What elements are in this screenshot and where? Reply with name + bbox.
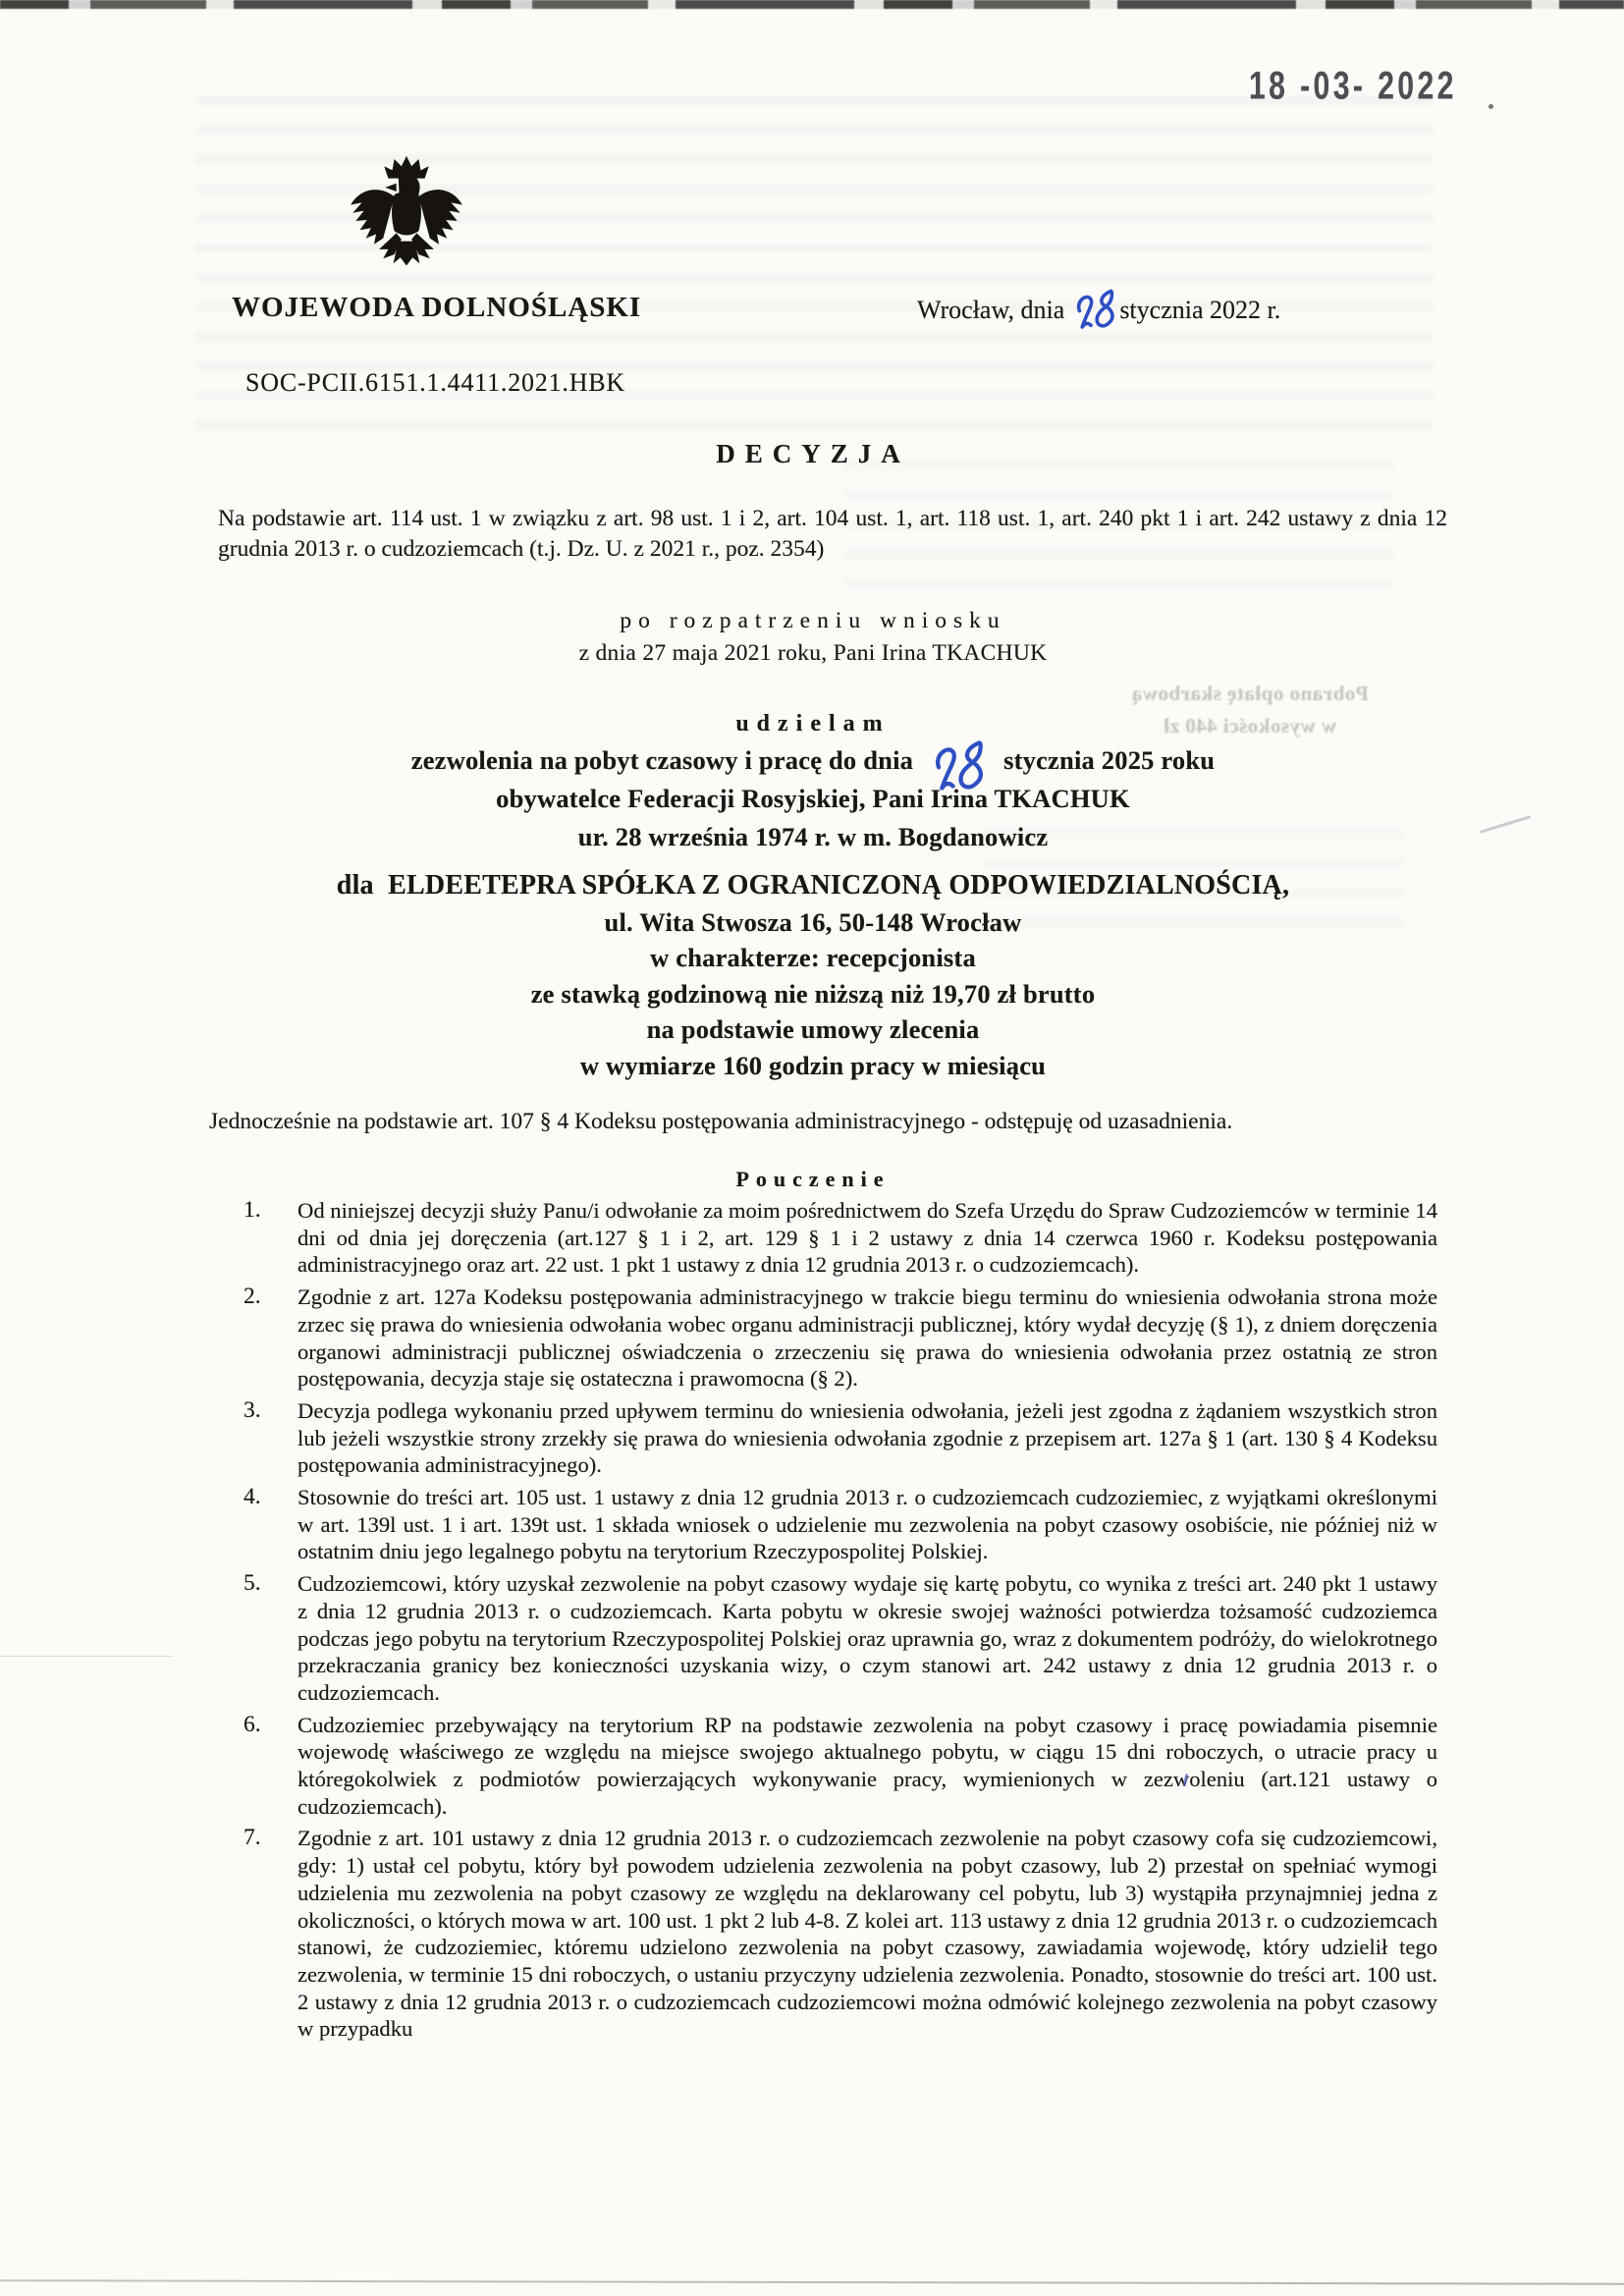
ink-slash-mark [1480, 815, 1532, 834]
instruction-item: 6.Cudzoziemiec przebywający na terytoriu… [242, 1712, 1437, 1821]
instruction-number: 2. [244, 1284, 261, 1311]
review-line: po rozpatrzeniu wniosku [179, 608, 1447, 634]
contract-type-line: na podstawie umowy zlecenia [179, 1011, 1447, 1048]
handwritten-day-icon [919, 734, 997, 800]
instruction-text: Cudzoziemcowi, który uzyskał zezwolenie … [298, 1571, 1437, 1705]
grant-clause: udzielam zezwolenia na pobyt czasowy i p… [179, 711, 1447, 856]
case-reference-number: SOC-PCII.6151.1.4411.2021.HBK [245, 368, 625, 398]
instruction-number: 7. [244, 1825, 261, 1852]
place-date-suffix: stycznia 2022 r. [1119, 296, 1280, 324]
grant-period-line: zezwolenia na pobyt czasowy i pracę do d… [179, 741, 1447, 780]
place-date-prefix: Wrocław, dnia [917, 296, 1064, 324]
ink-speck [1489, 104, 1493, 109]
wage-line: ze stawką godzinową nie niższą niż 19,70… [179, 976, 1447, 1012]
instructions-heading: Pouczenie [179, 1167, 1447, 1192]
place-and-date-line: Wrocław, dnia stycznia 2022 r. [917, 296, 1280, 325]
authority-name: WOJEWODA DOLNOŚLĄSKI [232, 292, 641, 324]
review-clause: po rozpatrzeniu wniosku z dnia 27 maja 2… [179, 608, 1447, 667]
instruction-number: 1. [244, 1197, 261, 1225]
grant-period-suffix: stycznia 2025 roku [1003, 741, 1215, 780]
instruction-text: Od niniejszej decyzji służy Panu/i odwoł… [298, 1198, 1437, 1277]
working-hours-line: w wymiarze 160 godzin pracy w miesiącu [179, 1048, 1447, 1084]
employer-address: ul. Wita Stwosza 16, 50-148 Wrocław [179, 904, 1447, 941]
instruction-item: 3.Decyzja podlega wykonaniu przed upływe… [242, 1397, 1437, 1479]
instruction-number: 4. [244, 1484, 261, 1511]
instruction-item: 1.Od niniejszej decyzji służy Panu/i odw… [242, 1197, 1437, 1279]
document-title: DECYZJA [179, 439, 1447, 469]
instructions-list: 1.Od niniejszej decyzji służy Panu/i odw… [242, 1197, 1437, 2048]
instruction-text: Zgodnie z art. 127a Kodeksu postępowania… [298, 1285, 1437, 1391]
legal-basis-paragraph: Na podstawie art. 114 ust. 1 w związku z… [218, 504, 1447, 565]
scanned-decision-page: Pobrano opłatę skarbową w wysokości 440 … [0, 0, 1624, 2296]
instruction-text: Zgodnie z art. 101 ustawy z dnia 12 grud… [298, 1826, 1437, 2041]
polish-eagle-emblem-icon [346, 153, 467, 289]
handwritten-day-icon [1065, 284, 1125, 337]
instruction-number: 6. [244, 1712, 261, 1739]
instruction-item: 7.Zgodnie z art. 101 ustawy z dnia 12 gr… [242, 1825, 1437, 2043]
instruction-number: 5. [244, 1570, 261, 1598]
employer-name: dla ELDEETEPRA SPÓŁKA Z OGRANICZONĄ ODPO… [179, 868, 1447, 904]
employer-block: dla ELDEETEPRA SPÓŁKA Z OGRANICZONĄ ODPO… [179, 868, 1447, 1083]
grant-beneficiary-line: obywatelce Federacji Rosyjskiej, Pani Ir… [179, 780, 1447, 818]
review-line: z dnia 27 maja 2021 roku, Pani Irina TKA… [179, 640, 1447, 667]
job-title-line: w charakterze: recepcjonista [179, 940, 1447, 976]
justification-waiver: Jednocześnie na podstawie art. 107 § 4 K… [209, 1109, 1466, 1135]
bleedthrough-fee-line: Pobrano opłatę skarbową [1088, 678, 1412, 710]
instruction-item: 5.Cudzoziemcowi, który uzyskał zezwoleni… [242, 1570, 1437, 1707]
received-date-stamp: 18 -03- 2022 [1249, 63, 1457, 108]
instruction-number: 3. [244, 1397, 261, 1425]
instruction-text: Cudzoziemiec przebywający na terytorium … [298, 1713, 1437, 1819]
instruction-text: Decyzja podlega wykonaniu przed upływem … [298, 1398, 1437, 1477]
scan-artifact-line [0, 1656, 173, 1657]
instruction-text: Stosownie do treści art. 105 ust. 1 usta… [298, 1485, 1437, 1563]
scanner-edge-artifact [0, 0, 1624, 9]
instruction-item: 4.Stosownie do treści art. 105 ust. 1 us… [242, 1484, 1437, 1565]
grant-period-prefix: zezwolenia na pobyt czasowy i pracę do d… [411, 741, 913, 780]
page-bottom-scan-line [0, 2279, 1624, 2284]
instruction-item: 2.Zgodnie z art. 127a Kodeksu postępowan… [242, 1284, 1437, 1393]
grant-birth-line: ur. 28 września 1974 r. w m. Bogdanowicz [179, 818, 1447, 856]
grant-verb: udzielam [179, 711, 1447, 738]
